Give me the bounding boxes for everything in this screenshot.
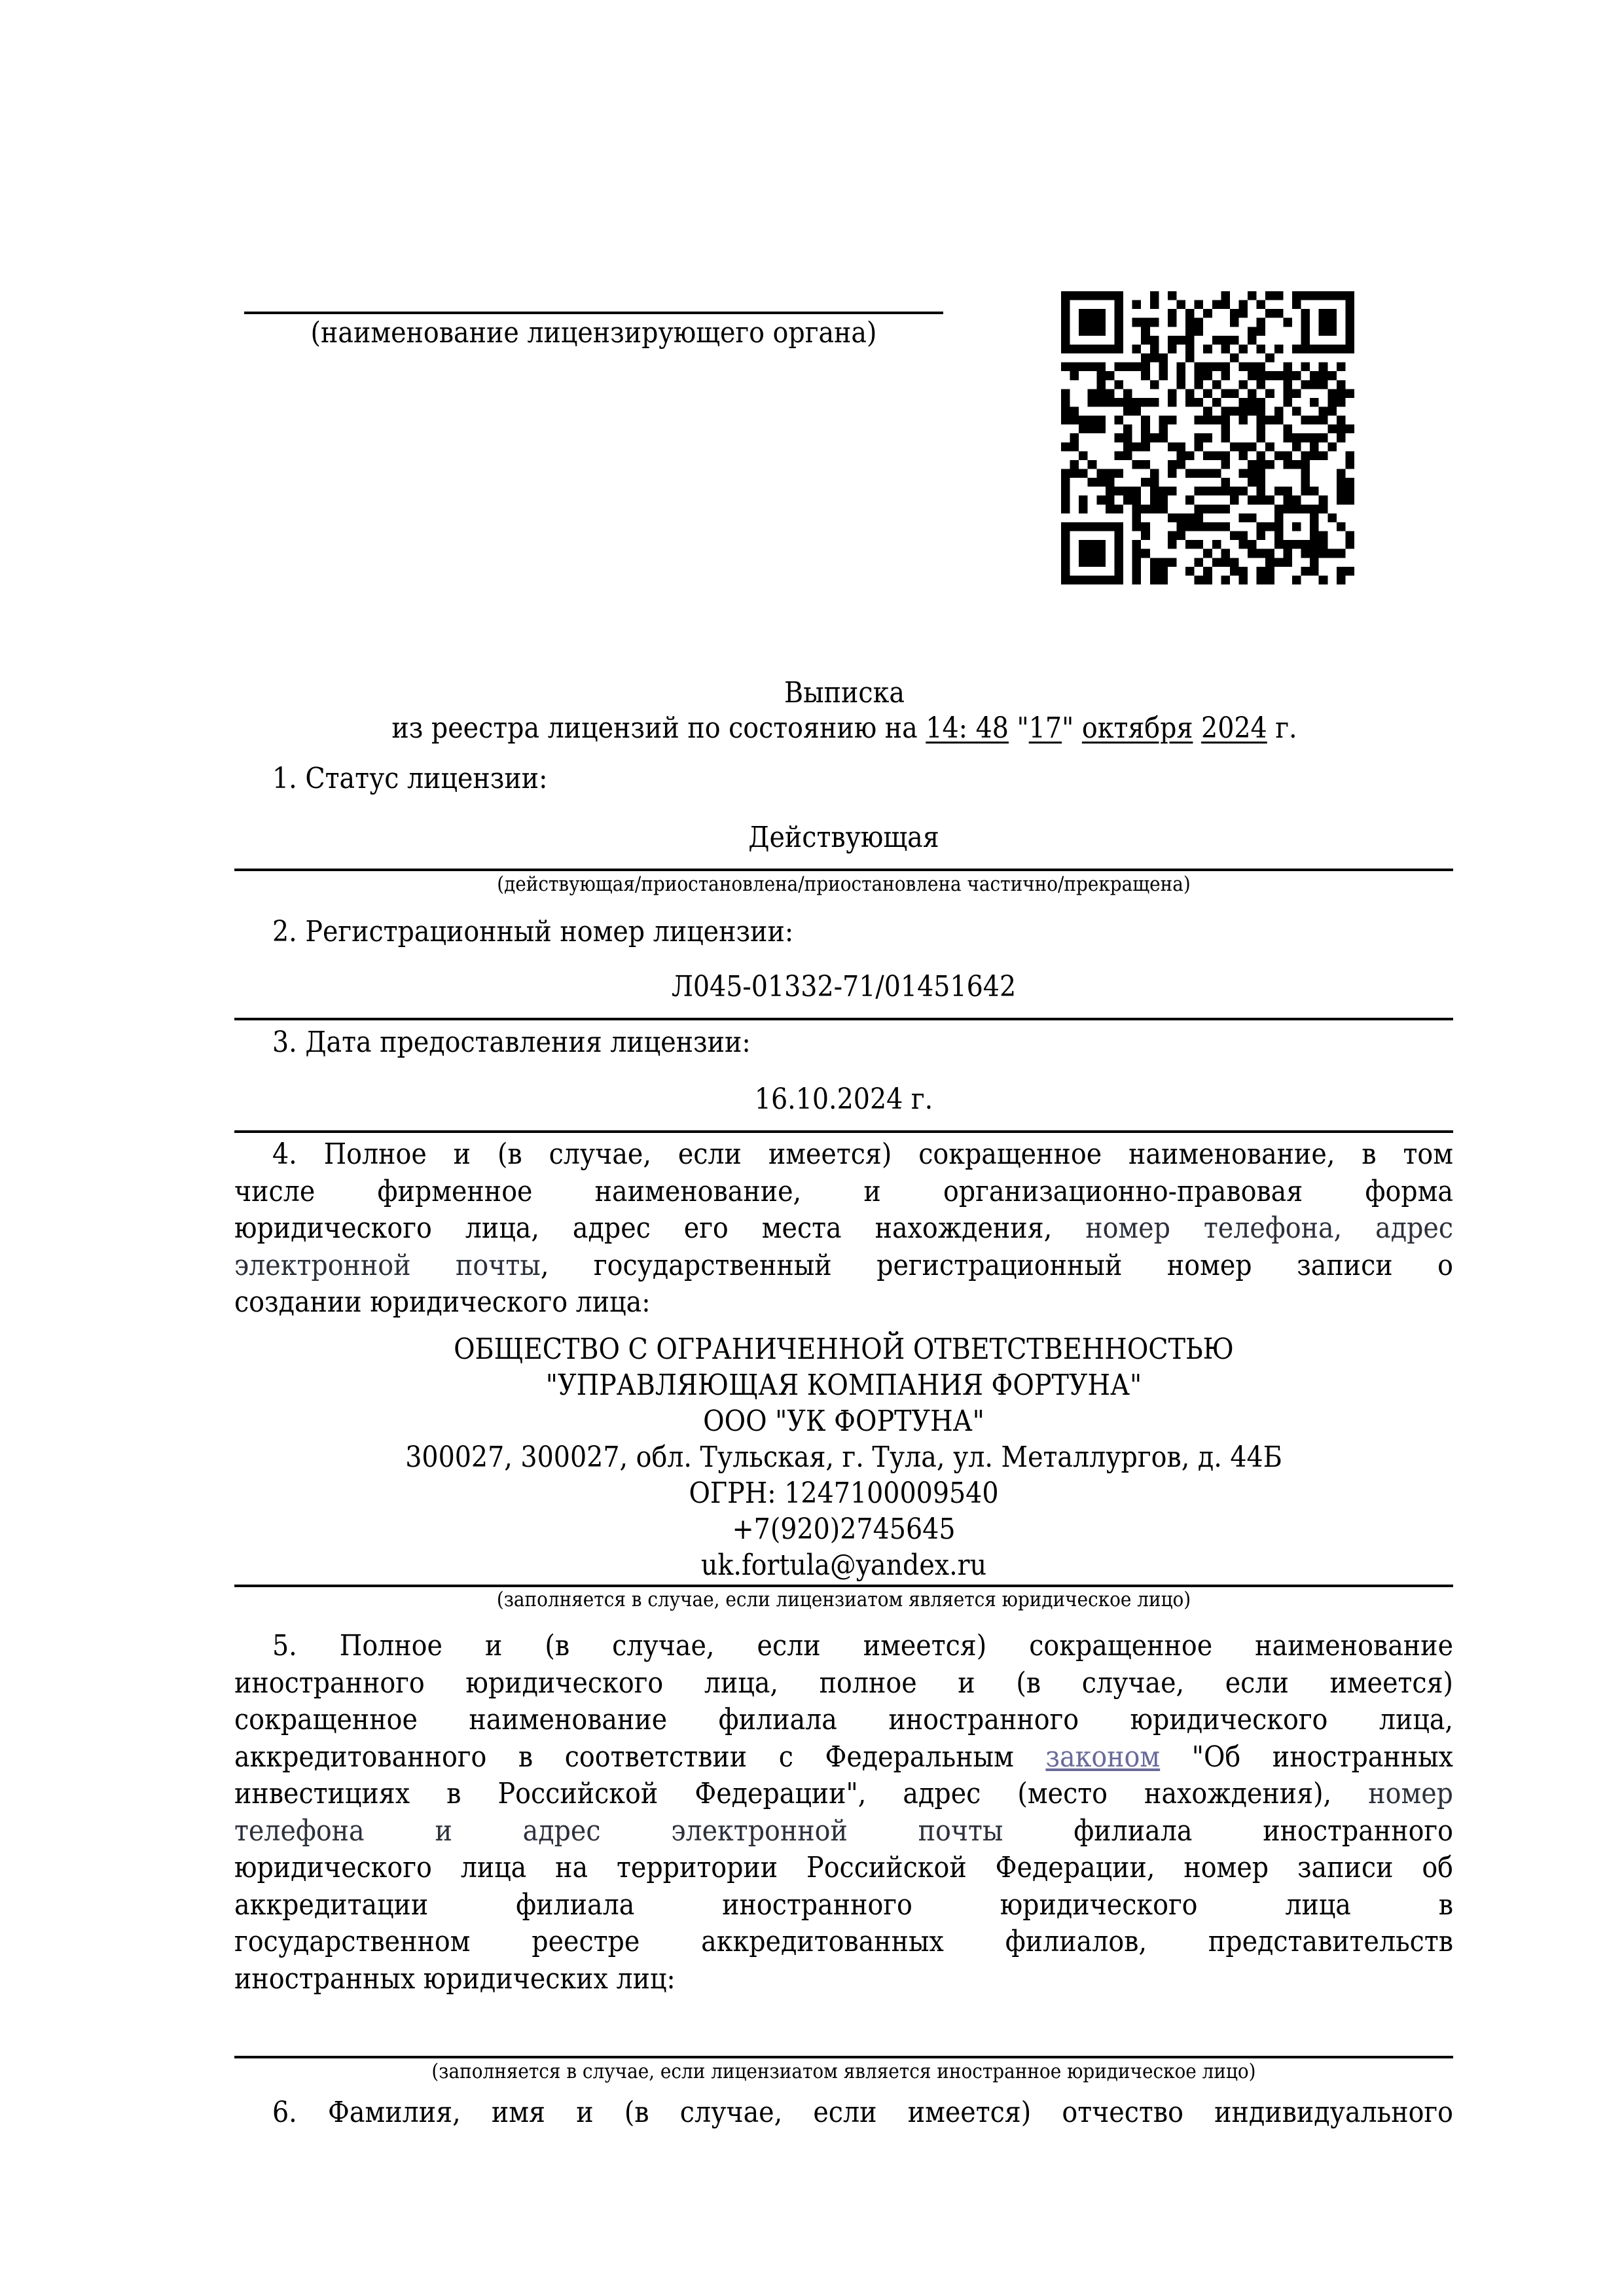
org-full-name: ОБЩЕСТВО С ОГРАНИЧЕННОЙ ОТВЕТСТВЕННОСТЬЮ: [234, 1331, 1453, 1367]
document-title: Выписка: [0, 674, 1624, 711]
org-address: 300027, 300027, обл. Тульская, г. Тула, …: [234, 1439, 1453, 1475]
org-full-name-2: "УПРАВЛЯЮЩАЯ КОМПАНИЯ ФОРТУНА": [234, 1367, 1453, 1403]
federal-law-link[interactable]: законом: [1045, 1740, 1160, 1774]
document-subtitle: из реестра лицензий по состоянию на 14: …: [0, 709, 1624, 747]
section-5-line: инвестициях в Российской Федерации", адр…: [234, 1776, 1453, 1813]
section-4-line: 4. Полное и (в случае, если имеется) сок…: [234, 1136, 1453, 1174]
year: 2024: [1201, 711, 1267, 745]
licensee-details: ОБЩЕСТВО С ОГРАНИЧЕННОЙ ОТВЕТСТВЕННОСТЬЮ…: [234, 1331, 1453, 1583]
day-open-quote: ": [1017, 711, 1029, 745]
section-5-line: иностранного юридического лица, полное и…: [234, 1665, 1453, 1702]
section-5-text: 5. Полное и (в случае, если имеется) сок…: [234, 1628, 1453, 1998]
time-minutes: 48: [967, 711, 1009, 745]
section-5-line: государственном реестре аккредитованных …: [234, 1924, 1453, 1961]
time-hours: 14: [926, 711, 958, 745]
section-1-label: 1. Статус лицензии:: [272, 760, 548, 797]
qr-code-icon: [1061, 291, 1354, 584]
section-2-rule: [234, 1018, 1453, 1020]
section-4-line: создании юридического лица:: [234, 1284, 1453, 1321]
section-5-hint: (заполняется в случае, если лицензиатом …: [234, 2059, 1453, 2084]
org-ogrn: ОГРН: 1247100009540: [234, 1475, 1453, 1511]
section-3-label: 3. Дата предоставления лицензии:: [272, 1024, 751, 1061]
section-5-line: иностранных юридических лиц:: [234, 1961, 1453, 1998]
section-2-label: 2. Регистрационный номер лицензии:: [272, 913, 793, 950]
section-5-line: телефона и адрес электронной почты филиа…: [234, 1813, 1453, 1850]
license-status-value: Действующая: [234, 819, 1453, 856]
section-5-line: юридического лица на территории Российск…: [234, 1850, 1453, 1887]
license-number-value: Л045-01332-71/01451642: [234, 968, 1453, 1005]
section-5-rule: [234, 2056, 1453, 2058]
section-6-text: 6. Фамилия, имя и (в случае, если имеетс…: [234, 2094, 1453, 2132]
org-phone: +7(920)2745645: [234, 1511, 1453, 1547]
time-separator: :: [959, 711, 967, 745]
section-4-line: юридического лица, адрес его места нахож…: [234, 1210, 1453, 1247]
org-short-name: ООО "УК ФОРТУНА": [234, 1403, 1453, 1439]
section-1-hint: (действующая/приостановлена/приостановле…: [234, 872, 1453, 897]
subtitle-prefix: из реестра лицензий по состоянию на: [391, 711, 917, 745]
year-suffix: г.: [1275, 711, 1297, 745]
section-5-line: 5. Полное и (в случае, если имеется) сок…: [234, 1628, 1453, 1665]
section-4-line: электронной почты, государственный регис…: [234, 1247, 1453, 1285]
section-4-hint: (заполняется в случае, если лицензиатом …: [234, 1587, 1453, 1612]
section-5-line: аккредитации филиала иностранного юридич…: [234, 1887, 1453, 1924]
month: октября: [1082, 711, 1193, 745]
day-close-quote: ": [1062, 711, 1074, 745]
section-6-line: 6. Фамилия, имя и (в случае, если имеетс…: [234, 2094, 1453, 2132]
section-5-line: аккредитованного в соответствии с Федера…: [234, 1739, 1453, 1776]
org-email: uk.fortula@yandex.ru: [234, 1547, 1453, 1583]
section-4-line: числе фирменное наименование, и организа…: [234, 1174, 1453, 1211]
authority-caption: (наименование лицензирующего органа): [244, 314, 943, 351]
license-date-value: 16.10.2024 г.: [234, 1081, 1453, 1118]
section-3-rule: [234, 1130, 1453, 1133]
section-1-rule: [234, 869, 1453, 871]
section-4-text: 4. Полное и (в случае, если имеется) сок…: [234, 1136, 1453, 1321]
day: 17: [1029, 711, 1062, 745]
section-5-line: сокращенное наименование филиала иностра…: [234, 1702, 1453, 1739]
